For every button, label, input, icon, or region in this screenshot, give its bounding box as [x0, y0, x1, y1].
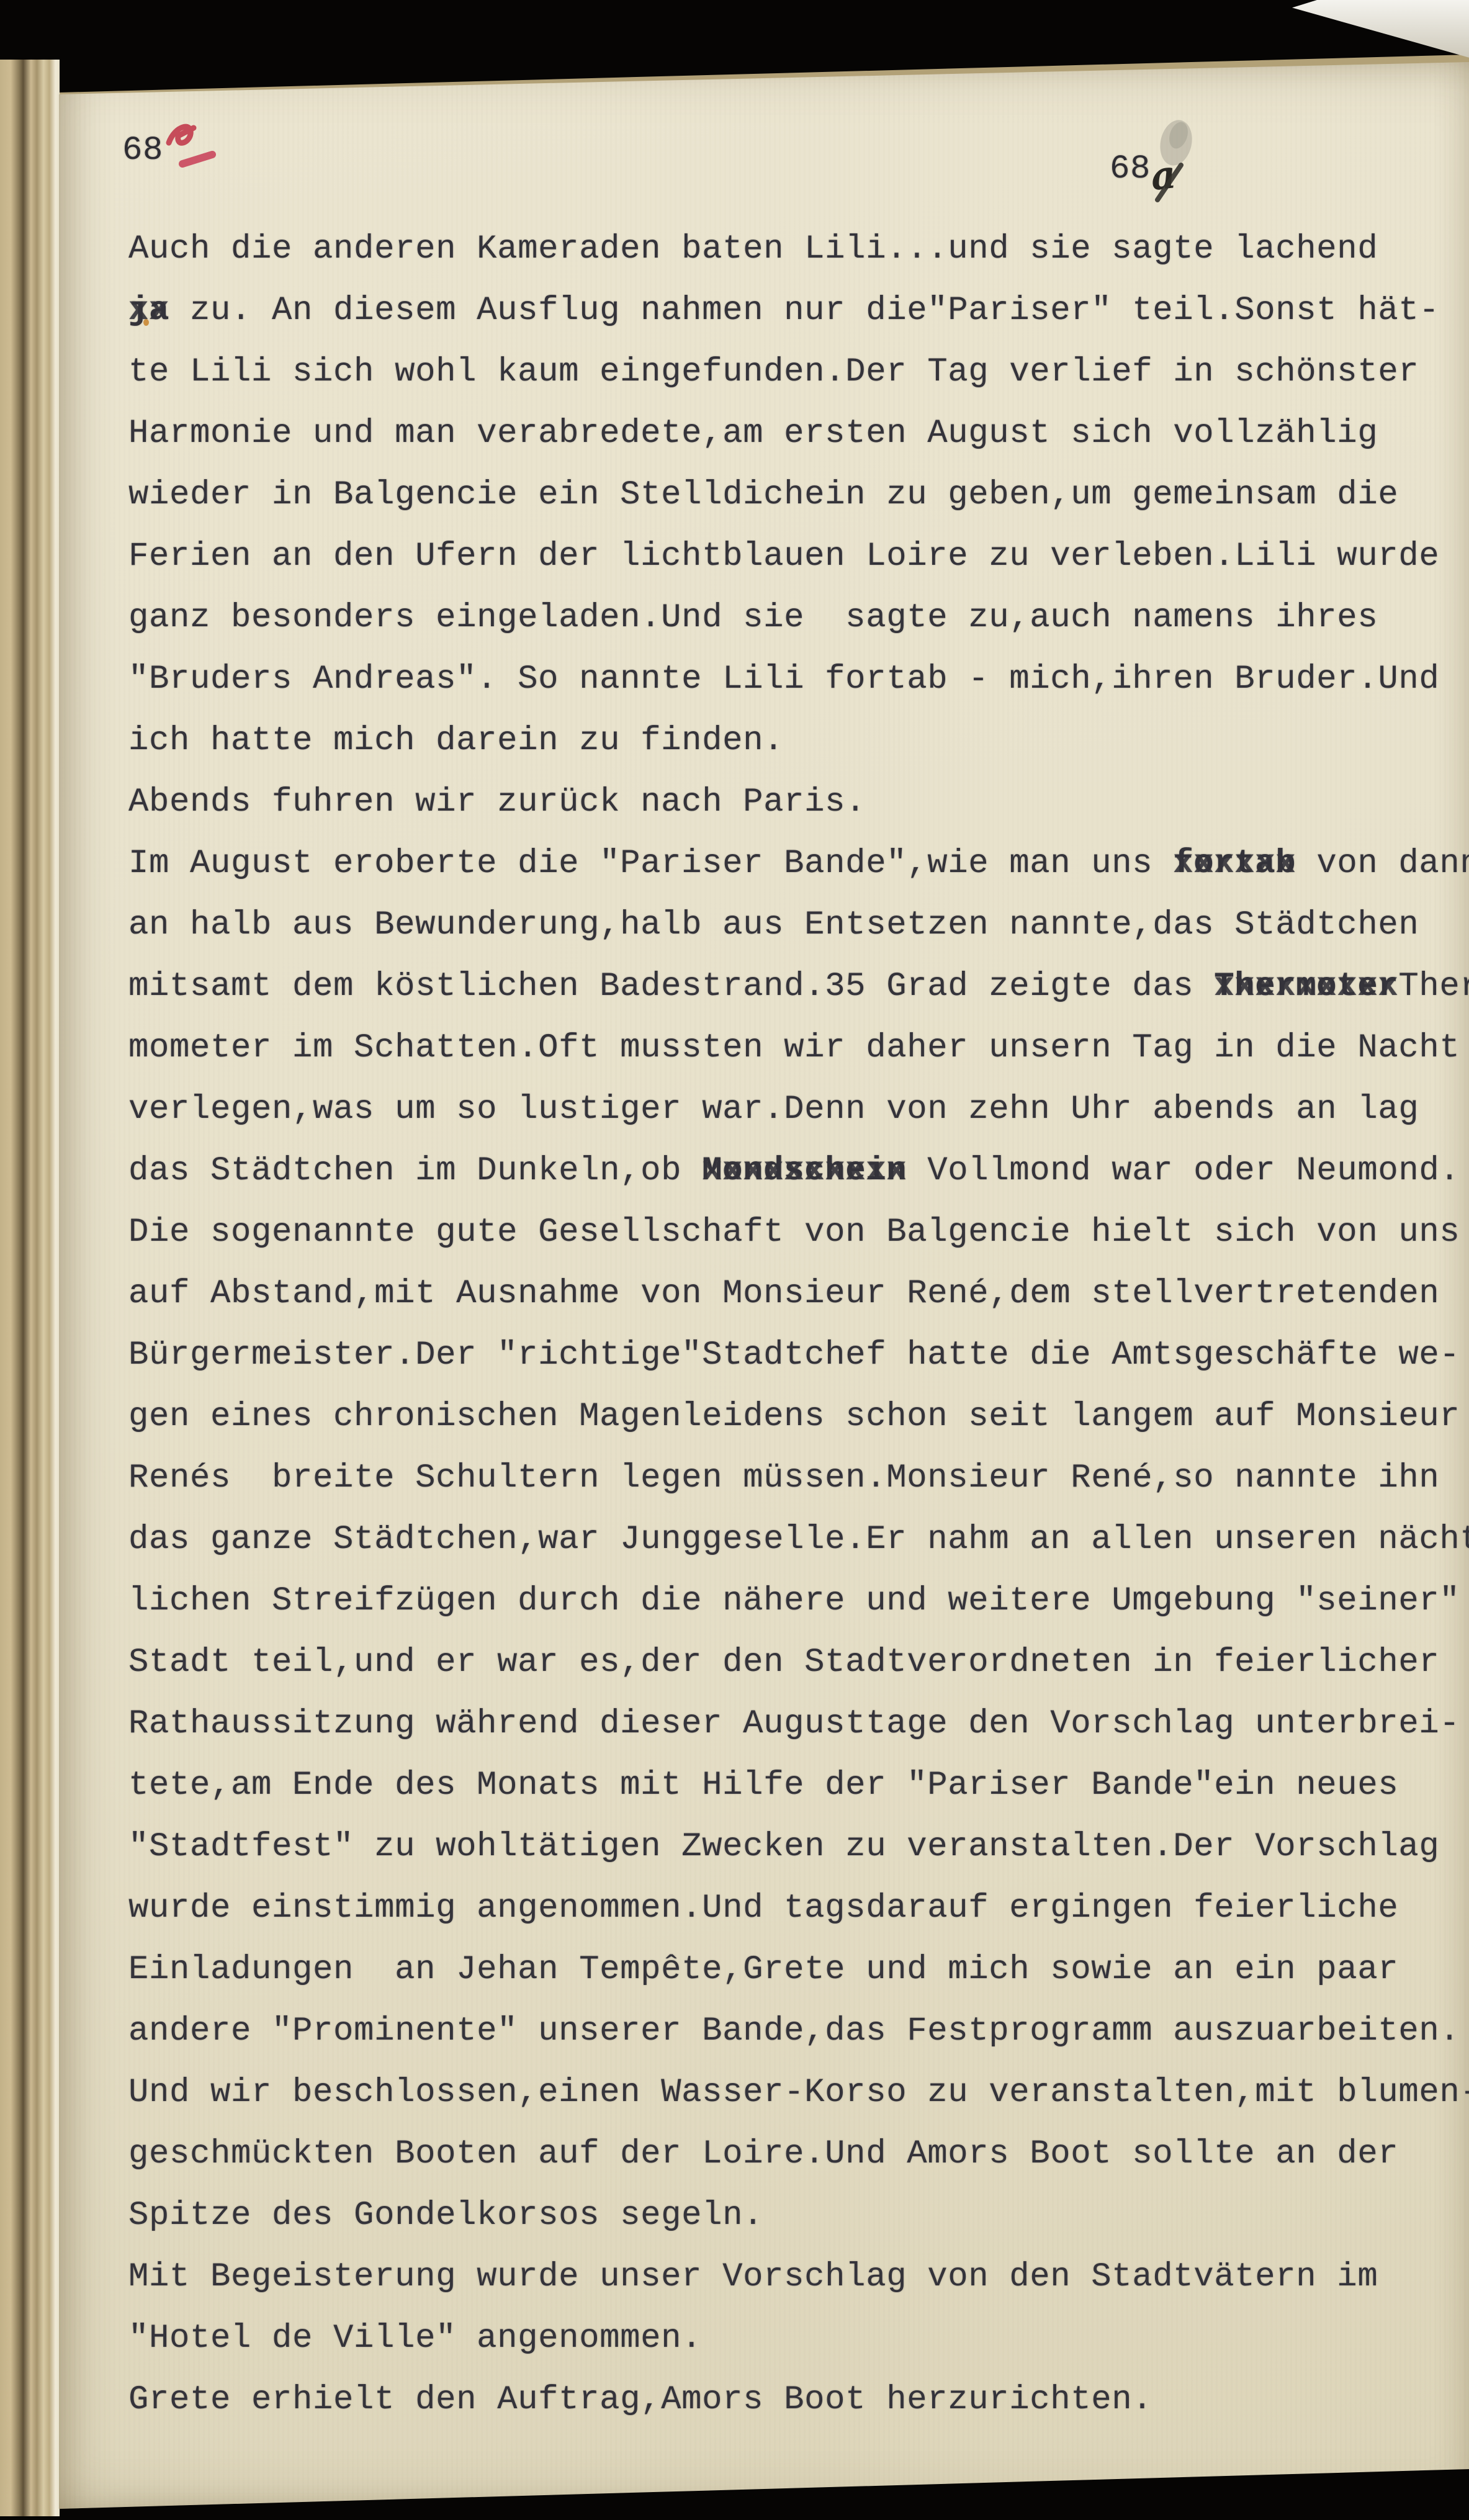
text-line: te Lili sich wohl kaum eingefunden.Der T… [128, 341, 1469, 403]
pencil-annotation: a [1139, 117, 1220, 216]
text-line: das ganze Städtchen,war Junggeselle.Er n… [128, 1509, 1469, 1570]
text-line: Harmonie und man verabredete,am ersten A… [128, 403, 1469, 464]
next-page-corner [1292, 0, 1469, 64]
text-line: tete,am Ende des Monats mit Hilfe der "P… [128, 1755, 1469, 1816]
overstruck-word: Thermoterxxxxxxxxx [1214, 956, 1398, 1017]
red-pencil-mark [161, 119, 220, 176]
text-line: Stadt teil,und er war es,der den Stadtve… [128, 1632, 1469, 1693]
overstruck-word: jaxx [128, 280, 169, 341]
text-line: verlegen,was um so lustiger war.Denn von… [128, 1079, 1469, 1140]
book-binding [0, 60, 60, 2516]
text-line: "Stadtfest" zu wohltätigen Zwecken zu ve… [128, 1816, 1469, 1878]
text-line: Die sogenannte gute Gesellschaft von Bal… [128, 1202, 1469, 1263]
text-line: Rathaussitzung während dieser Augusttage… [128, 1693, 1469, 1755]
text-line: andere "Prominente" unserer Bande,das Fe… [128, 2000, 1469, 2062]
text-line: Bürgermeister.Der "richtige"Stadtchef ha… [128, 1325, 1469, 1386]
text-line: ich hatte mich darein zu finden. [128, 710, 1469, 772]
overstruck-word: fortabxxxxxx [1173, 833, 1296, 894]
text-line: Renés breite Schultern legen müssen.Mons… [128, 1447, 1469, 1509]
text-line: Spitze des Gondelkorsos segeln. [128, 2185, 1469, 2246]
typed-text: Auch die anderen Kameraden baten Lili...… [128, 218, 1469, 2431]
text-line: gen eines chronischen Magenleidens schon… [128, 1386, 1469, 1447]
text-line: Abends fuhren wir zurück nach Paris. [128, 772, 1469, 833]
text-line: Grete erhielt den Auftrag,Amors Boot her… [128, 2369, 1469, 2431]
text-line: mometer im Schatten.Oft mussten wir dahe… [128, 1017, 1469, 1079]
text-line: Einladungen an Jehan Tempête,Grete und m… [128, 1939, 1469, 2000]
text-line: wurde einstimmig angenommen.Und tagsdara… [128, 1878, 1469, 1939]
text-line: an halb aus Bewunderung,halb aus Entsetz… [128, 894, 1469, 956]
text-line: lichen Streifzügen durch die nähere und … [128, 1570, 1469, 1632]
text-line: ganz besonders eingeladen.Und sie sagte … [128, 587, 1469, 649]
overstruck-word: Mondscheinxxxxxxxxxx [702, 1140, 907, 1202]
text-line: "Bruders Andreas". So nannte Lili fortab… [128, 649, 1469, 710]
text-line: geschmückten Booten auf der Loire.Und Am… [128, 2123, 1469, 2185]
text-line: wieder in Balgencie ein Stelldichein zu … [128, 464, 1469, 526]
typewritten-sheet: 68 68 a Auch die anderen Kameraden baten… [59, 62, 1469, 2514]
text-line: auf Abstand,mit Ausnahme von Monsieur Re… [128, 1263, 1469, 1325]
text-line: Und wir beschlossen,einen Wasser-Korso z… [128, 2062, 1469, 2123]
text-line: mitsamt dem köstlichen Badestrand.35 Gra… [128, 956, 1469, 1017]
text-line: Auch die anderen Kameraden baten Lili...… [128, 218, 1469, 280]
text-line: "Hotel de Ville" angenommen. [128, 2308, 1469, 2369]
text-line: Ferien an den Ufern der lichtblauen Loir… [128, 526, 1469, 587]
page-number-left: 68 [122, 132, 163, 169]
text-line: jaxx zu. An diesem Ausflug nahmen nur di… [128, 280, 1469, 341]
text-line: Mit Begeisterung wurde unser Vorschlag v… [128, 2246, 1469, 2308]
scanned-book-page: 68 68 a Auch die anderen Kameraden baten… [0, 0, 1469, 2520]
text-line: das Städtchen im Dunkeln,ob Mondscheinxx… [128, 1140, 1469, 1202]
text-line: Im August eroberte die "Pariser Bande",w… [128, 833, 1469, 894]
